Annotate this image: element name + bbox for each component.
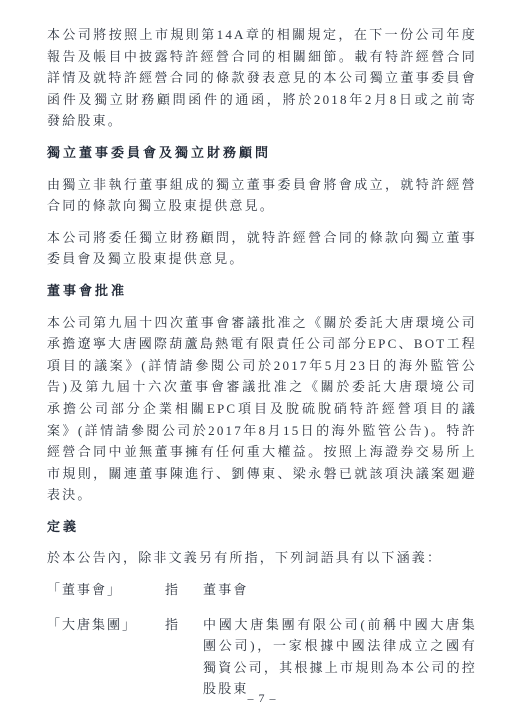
paragraph-disclosure-circular: 本公司將按照上市規則第14A章的相關規定，在下一份公司年度報告及帳目中披露特許經… <box>47 24 477 132</box>
paragraph-committee-formation: 由獨立非執行董事組成的獨立董事委員會將會成立，就特許經營合同的條款向獨立股東提供… <box>47 174 477 217</box>
definition-row-datang-group: 「大唐集團」 指 中國大唐集團有限公司(前稱中國大唐集團公司)，一家根據中國法律… <box>47 614 477 700</box>
paragraph-board-approval: 本公司第九屆十四次董事會審議批准之《關於委託大唐環境公司承擔遼寧大唐國際葫蘆島熱… <box>47 312 477 506</box>
heading-definitions: 定義 <box>47 516 477 538</box>
definition-connector: 指 <box>165 579 203 601</box>
heading-board-approval: 董事會批准 <box>47 280 477 302</box>
page-number: – 7 – <box>0 691 524 706</box>
definition-text: 中國大唐集團有限公司(前稱中國大唐集團公司)，一家根據中國法律成立之國有獨資公司… <box>203 614 477 700</box>
heading-independent-board-committee: 獨立董事委員會及獨立財務顧問 <box>47 142 477 164</box>
paragraph-financial-adviser: 本公司將委任獨立財務顧問，就特許經營合同的條款向獨立董事委員會及獨立股東提供意見… <box>47 227 477 270</box>
definition-term: 「董事會」 <box>47 579 165 601</box>
document-page: 本公司將按照上市規則第14A章的相關規定，在下一份公司年度報告及帳目中披露特許經… <box>0 0 524 716</box>
definition-term: 「大唐集團」 <box>47 614 165 636</box>
paragraph-definitions-intro: 於本公告內，除非文義另有所指，下列詞語具有以下涵義： <box>47 547 477 569</box>
definition-text: 董事會 <box>203 579 477 601</box>
definition-connector: 指 <box>165 614 203 636</box>
definition-row-board: 「董事會」 指 董事會 <box>47 579 477 601</box>
